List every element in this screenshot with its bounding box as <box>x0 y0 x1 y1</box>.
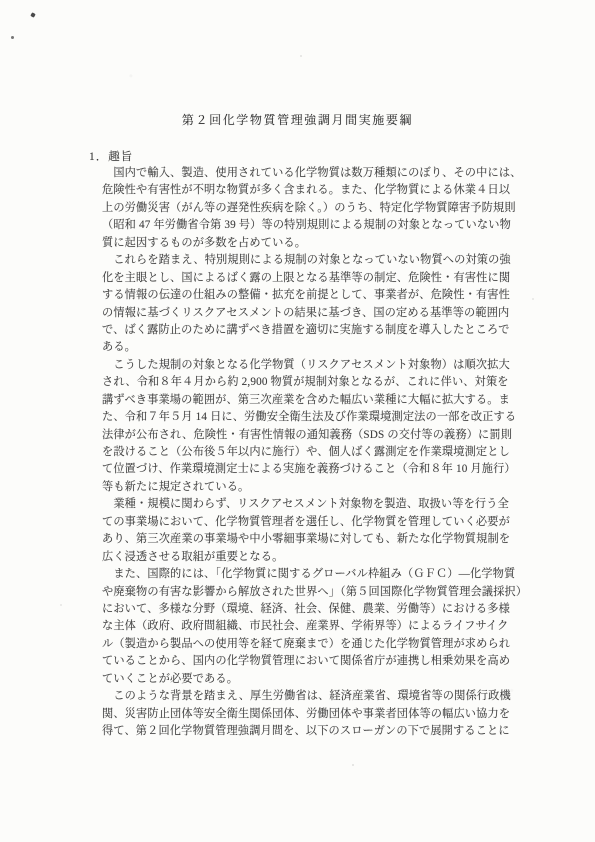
text-line: 化を主眼とし、国によるばく露の上限となる基準等の制定、危険性・有害性に関 <box>102 270 518 287</box>
paragraph: これらを踏まえ、特別規則による規制の対象となっていない物質への対策の強化を主眼と… <box>102 252 518 357</box>
text-line: 広く浸透させる取組が重要となる。 <box>102 549 518 566</box>
text-line: 講ずべき事業場の範囲が、第三次産業を含めた幅広い業種に大幅に拡大する。ま <box>102 392 518 409</box>
scan-speckle <box>30 12 35 17</box>
text-line: の情報に基づくリスクアセスメントの結果に基づき、国の定める基準等の範囲内 <box>102 305 518 322</box>
section-heading: 1．趣旨 <box>89 148 133 164</box>
scanned-document-page: 第２回化学物質管理強調月間実施要綱 1．趣旨 国内で輸入、製造、使用されている化… <box>0 0 595 842</box>
text-line: 得て、第２回化学物質管理強調月間を、以下のスローガンの下で展開することに <box>102 723 518 740</box>
paragraph: また、国際的には、「化学物質に関するグローバル枠組み（ＧＦＣ）―化学物質や廃棄物… <box>102 566 518 688</box>
text-line: や廃棄物の有害な影響から解放された世界へ」（第５回国際化学物質管理会議採択） <box>102 584 518 601</box>
text-line: され、令和８年４月から約 2,900 物質が規制対象となるが、これに伴い、対策を <box>102 374 518 391</box>
text-line: 国内で輸入、製造、使用されている化学物質は数万種類にのぼり、その中には、 <box>102 165 518 182</box>
text-line: 業種・規模に関わらず、リスクアセスメント対象物を製造、取扱い等を行う全 <box>102 496 518 513</box>
text-line: な主体（政府、政府間組織、市民社会、産業界、学術界等）によるライフサイク <box>102 618 518 635</box>
paragraph: 国内で輸入、製造、使用されている化学物質は数万種類にのぼり、その中には、危険性や… <box>102 165 518 252</box>
text-line: た、令和７年５月 14 日に、労働安全衛生法及び作業環境測定法の一部を改正する <box>102 409 518 426</box>
scan-speckle <box>11 36 14 39</box>
text-line: これらを踏まえ、特別規則による規制の対象となっていない物質への対策の強 <box>102 252 518 269</box>
text-line: 質に起因するものが多数を占めている。 <box>102 235 518 252</box>
text-line: ル（製造から製品への使用等を経て廃棄まで）を通じた化学物質管理が求められ <box>102 636 518 653</box>
text-line: こうした規制の対象となる化学物質（リスクアセスメント対象物）は順次拡大 <box>102 357 518 374</box>
text-line: ある。 <box>102 339 518 356</box>
paragraph: このような背景を踏まえ、厚生労働省は、経済産業省、環境省等の関係行政機関、災害防… <box>102 688 518 740</box>
text-line: を設けること（公布後５年以内に施行）や、個人ばく露測定を作業環境測定とし <box>102 444 518 461</box>
text-line: ていくことが必要である。 <box>102 671 518 688</box>
text-line: 法律が公布され、危険性・有害性情報の通知義務（SDS の交付等の義務）に罰則 <box>102 427 518 444</box>
scan-speckle <box>352 764 354 766</box>
scan-speckle <box>300 55 302 57</box>
text-line: において、多様な分野（環境、経済、社会、保健、農業、労働等）における多様 <box>102 601 518 618</box>
text-line: で、ばく露防止のために講ずべき措置を適切に実施する制度を導入したところで <box>102 322 518 339</box>
text-line: また、国際的には、「化学物質に関するグローバル枠組み（ＧＦＣ）―化学物質 <box>102 566 518 583</box>
text-line: する情報の伝達の仕組みの整備・拡充を前提として、事業者が、危険性・有害性 <box>102 287 518 304</box>
paragraph: 業種・規模に関わらず、リスクアセスメント対象物を製造、取扱い等を行う全ての事業場… <box>102 496 518 566</box>
text-line: このような背景を踏まえ、厚生労働省は、経済産業省、環境省等の関係行政機 <box>102 688 518 705</box>
text-line: 危険性や有害性が不明な物質が多く含まれる。また、化学物質による休業４日以 <box>102 182 518 199</box>
paragraph: こうした規制の対象となる化学物質（リスクアセスメント対象物）は順次拡大され、令和… <box>102 357 518 497</box>
text-line: ての事業場において、化学物質管理者を選任し、化学物質を管理していく必要が <box>102 514 518 531</box>
text-line: ていることから、国内の化学物質管理において関係省庁が連携し相乗効果を高め <box>102 653 518 670</box>
text-line: あり、第三次産業の事業場や中小零細事業場に対しても、新たな化学物質規制を <box>102 531 518 548</box>
text-line: （昭和 47 年労働省令第 39 号）等の特別規則による規制の対象となっていない… <box>102 217 518 234</box>
text-line: 等も新たに規定されている。 <box>102 479 518 496</box>
scan-speckle <box>532 298 534 300</box>
text-line: 上の労働災害（がん等の遅発性疾病を除く。）のうち、特定化学物質障害予防規則 <box>102 200 518 217</box>
text-line: て位置づけ、作業環境測定士による実施を義務づけること（令和８年 10 月施行） <box>102 461 518 478</box>
scan-speckle <box>60 604 62 606</box>
document-title: 第２回化学物質管理強調月間実施要綱 <box>0 111 595 128</box>
text-line: 関、災害防止団体等安全衛生関係団体、労働団体や事業者団体等の幅広い協力を <box>102 706 518 723</box>
document-body: 国内で輸入、製造、使用されている化学物質は数万種類にのぼり、その中には、危険性や… <box>102 165 518 740</box>
